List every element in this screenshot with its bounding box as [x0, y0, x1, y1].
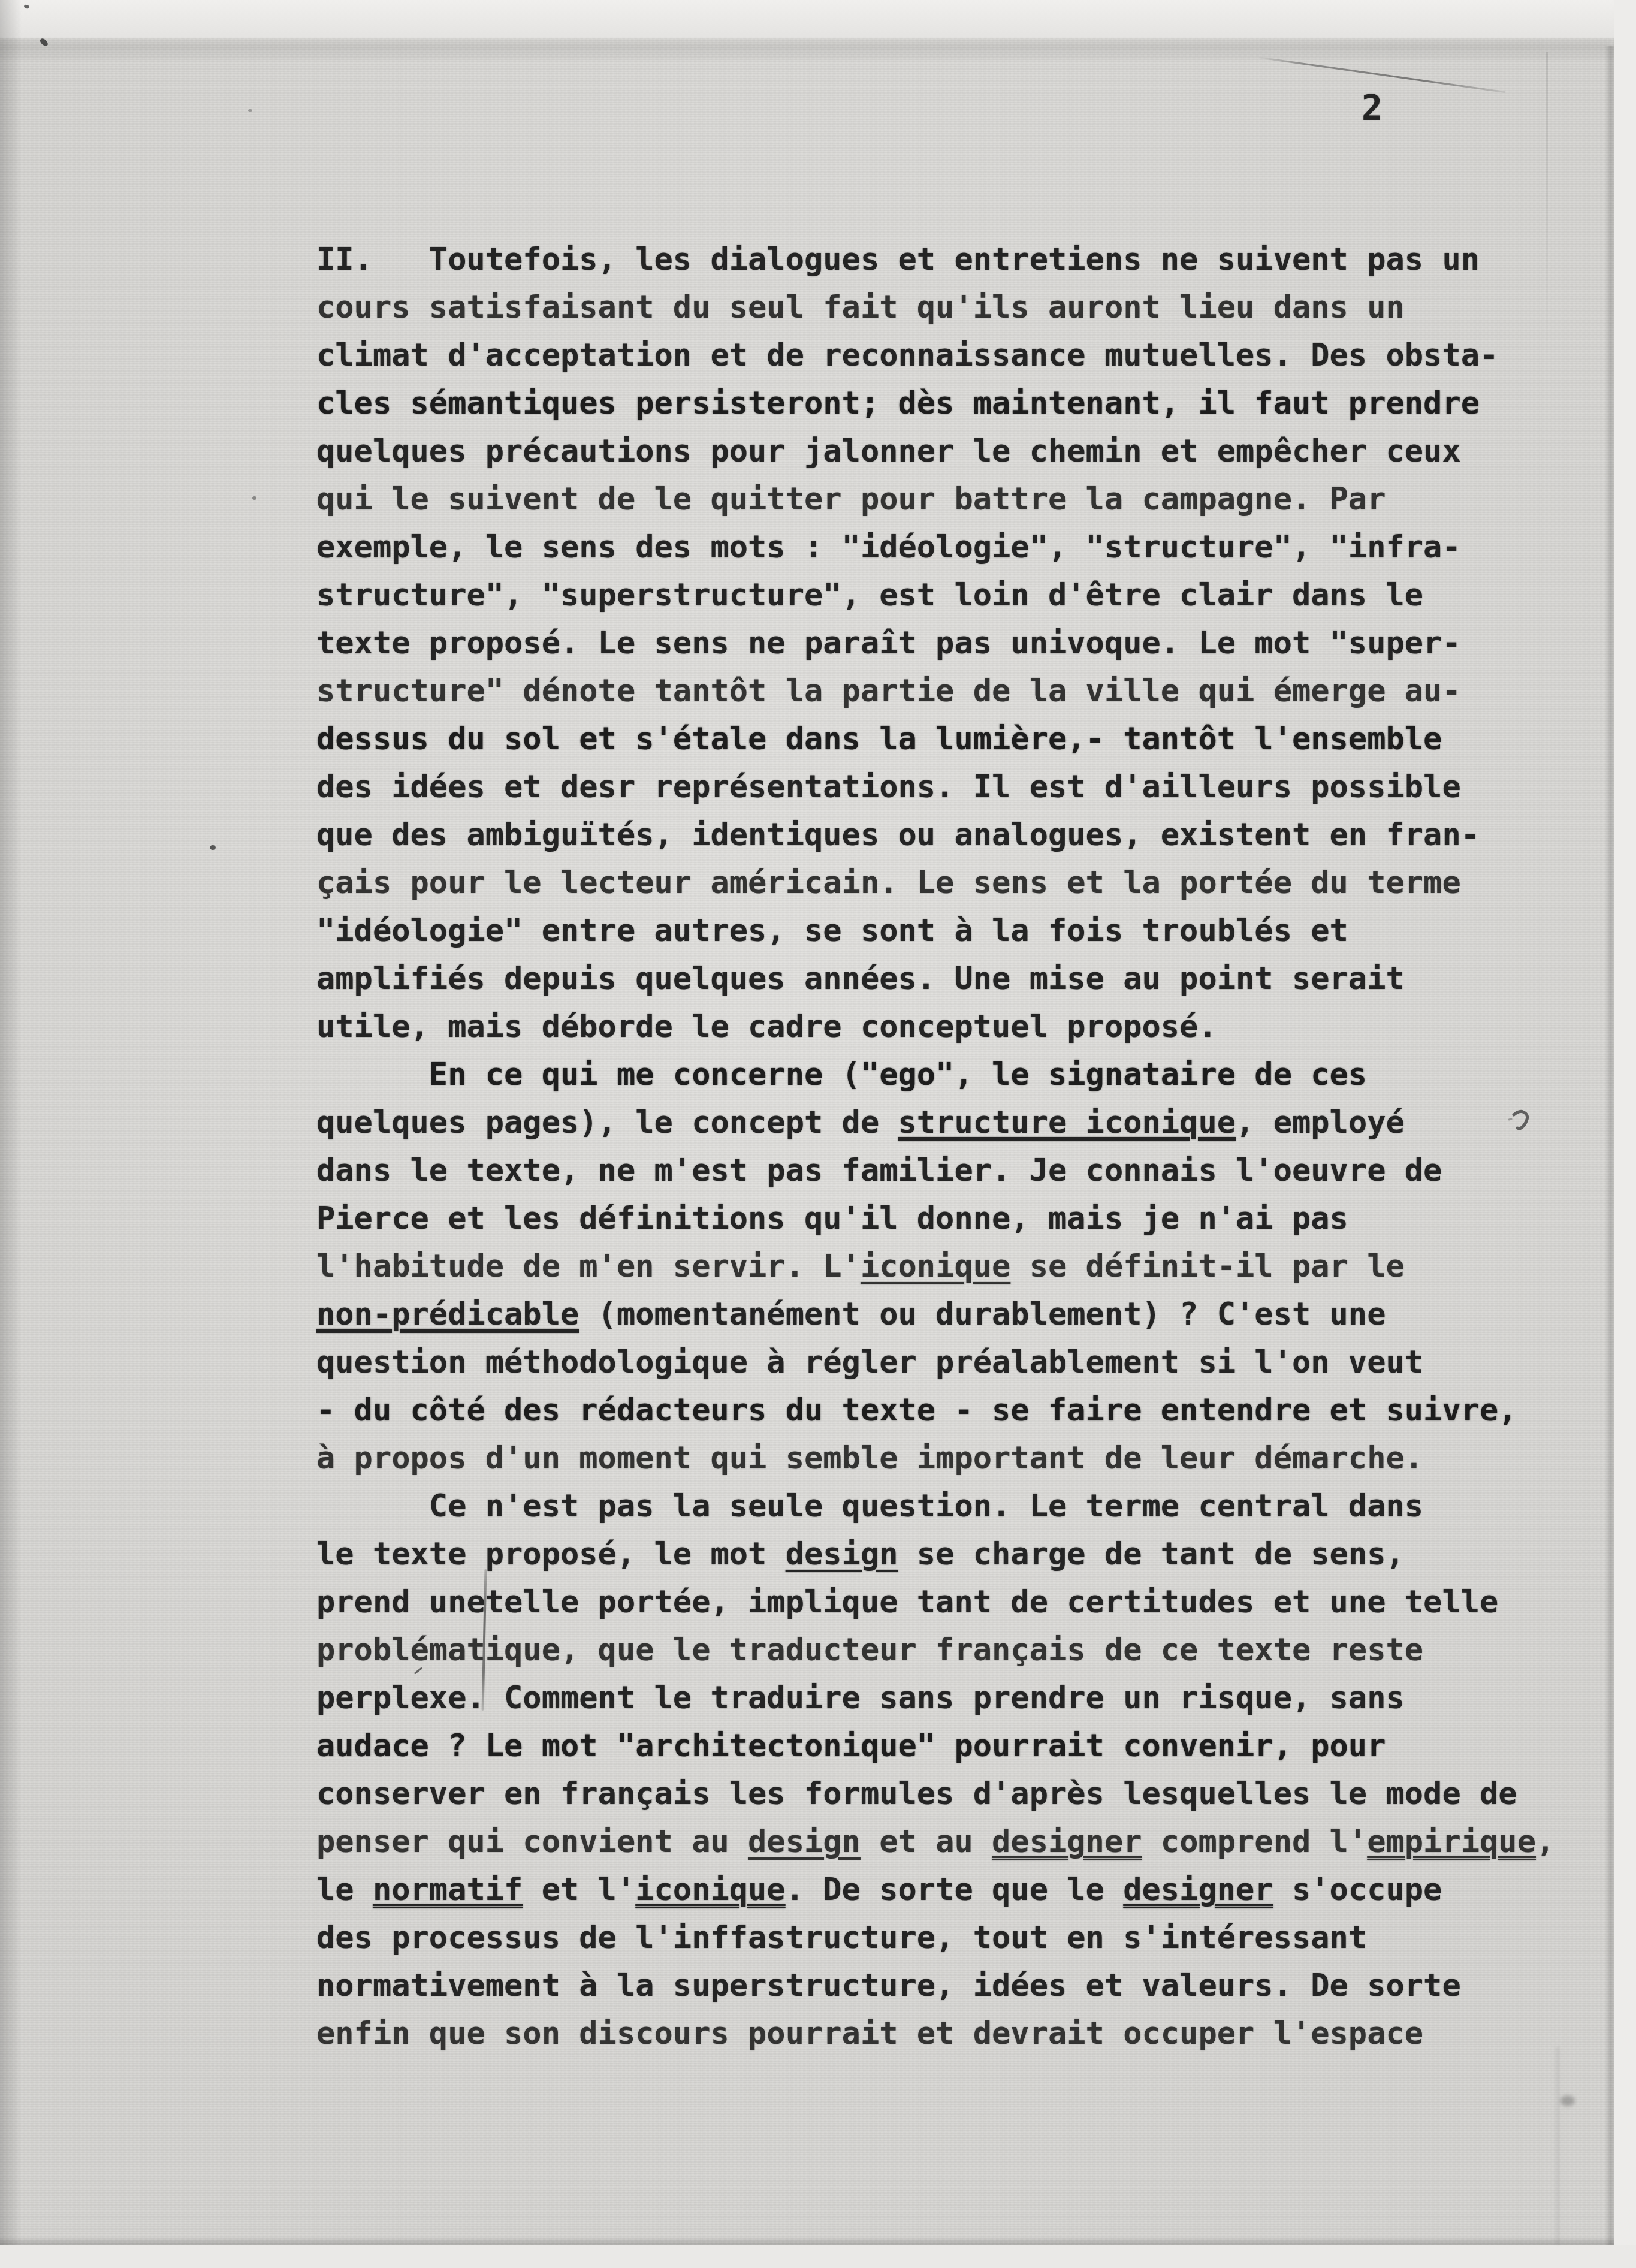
text-line: exemple, le sens des mots : "idéologie",… [316, 523, 1554, 571]
text-line: des idées et desr représentations. Il es… [316, 763, 1554, 811]
text-run: structure", "superstructure", est loin d… [316, 577, 1423, 613]
text-run: amplifiés depuis quelques années. Une mi… [316, 961, 1405, 997]
text-run: dessus du sol et s'étale dans la lumière… [316, 721, 1442, 757]
text-run: que des ambiguïtés, identiques ou analog… [316, 817, 1480, 853]
text-run: dans le texte, ne m'est pas familier. Je… [316, 1153, 1442, 1189]
text-line: "idéologie" entre autres, se sont à la f… [316, 907, 1554, 955]
text-line: cours satisfaisant du seul fait qu'ils a… [316, 283, 1554, 331]
text-run: et au [861, 1824, 992, 1860]
text-line: des processus de l'inffastructure, tout … [316, 1914, 1554, 1962]
text-line: Ce n'est pas la seule question. Le terme… [316, 1482, 1554, 1530]
paper-top-edge [0, 0, 1636, 38]
page-number: 2 [1362, 88, 1383, 128]
text-line: normativement à la superstructure, idées… [316, 1962, 1554, 2010]
text-line: dans le texte, ne m'est pas familier. Je… [316, 1147, 1554, 1195]
text-run: et l' [523, 1872, 635, 1908]
text-line: l'habitude de m'en servir. L'iconique se… [316, 1242, 1554, 1290]
text-line: climat d'acceptation et de reconnaissanc… [316, 331, 1554, 379]
text-run: texte proposé. Le sens ne paraît pas uni… [316, 625, 1461, 661]
margin-pencil-mark-icon [1503, 1102, 1545, 1144]
text-run: conserver en français les formules d'apr… [316, 1776, 1517, 1812]
text-run: qui le suivent de le quitter pour battre… [316, 481, 1386, 517]
text-run: se charge de tant de sens, [898, 1536, 1405, 1572]
scanned-page: 2 II. Toutefois, les dialogues et entret… [0, 0, 1636, 2268]
text-line: çais pour le lecteur américain. Le sens … [316, 859, 1554, 907]
scan-speck [252, 496, 256, 500]
text-line: prend unetelle portée, implique tant de … [316, 1578, 1554, 1626]
text-line: En ce qui me concerne ("ego", le signata… [316, 1051, 1554, 1099]
text-run: utile, mais déborde le cadre conceptuel … [316, 1009, 1217, 1045]
text-run: Pierce et les définitions qu'il donne, m… [316, 1201, 1348, 1236]
text-run: des idées et desr représentations. Il es… [316, 769, 1461, 805]
text-run: question méthodologique à régler préalab… [316, 1344, 1423, 1380]
text-run: quelques précautions pour jalonner le ch… [316, 433, 1461, 469]
text-line: question méthodologique à régler préalab… [316, 1338, 1554, 1386]
text-line: II. Toutefois, les dialogues et entretie… [316, 236, 1554, 283]
text-run: cours satisfaisant du seul fait qu'ils a… [316, 289, 1405, 325]
paper-left-edge-shadow [0, 0, 22, 2268]
text-run: (momentanément ou durablement) ? C'est u… [579, 1296, 1386, 1332]
text-run: audace ? Le mot "architectonique" pourra… [316, 1728, 1386, 1764]
text-run: , [1536, 1824, 1554, 1860]
text-run: , employé [1236, 1105, 1405, 1141]
text-run: enfin que son discours pourrait et devra… [316, 2016, 1423, 2052]
underlined-term: designer [992, 1824, 1142, 1860]
scan-speck [210, 845, 216, 850]
text-run: des processus de l'inffastructure, tout … [316, 1920, 1367, 1956]
text-run: normativement à la superstructure, idées… [316, 1968, 1461, 2004]
scan-speck [248, 109, 252, 112]
text-run: se définit-il par le [1010, 1248, 1404, 1284]
text-run: s'occupe [1273, 1872, 1442, 1908]
text-run: perplexe. Comment le traduire sans prend… [316, 1680, 1405, 1716]
text-line: le normatif et l'iconique. De sorte que … [316, 1866, 1554, 1914]
text-line: qui le suivent de le quitter pour battre… [316, 475, 1554, 523]
text-run: prend unetelle portée, implique tant de … [316, 1584, 1498, 1620]
text-line: dessus du sol et s'étale dans la lumière… [316, 715, 1554, 763]
text-line: que des ambiguïtés, identiques ou analog… [316, 811, 1554, 859]
text-run: "idéologie" entre autres, se sont à la f… [316, 913, 1348, 949]
underlined-term: non-prédicable [316, 1296, 579, 1332]
text-line: Pierce et les définitions qu'il donne, m… [316, 1195, 1554, 1242]
text-run: . De sorte que le [786, 1872, 1124, 1908]
text-line: utile, mais déborde le cadre conceptuel … [316, 1003, 1554, 1051]
text-run: le texte proposé, le mot [316, 1536, 786, 1572]
paper-crease [1556, 2047, 1560, 2245]
text-run: le [316, 1872, 373, 1908]
underlined-term: design [748, 1824, 861, 1860]
paper-right-margin [1614, 0, 1636, 2268]
underlined-term: iconique [635, 1872, 785, 1908]
paper-bottom-edge-shadow [0, 2237, 1614, 2245]
scan-smudge [1560, 2095, 1575, 2106]
underlined-term: iconique [861, 1248, 1010, 1284]
underlined-term: normatif [373, 1872, 523, 1908]
text-run: cles sémantiques persisteront; dès maint… [316, 385, 1480, 421]
text-run: II. Toutefois, les dialogues et entretie… [316, 242, 1480, 278]
text-line: audace ? Le mot "architectonique" pourra… [316, 1722, 1554, 1770]
text-line: penser qui convient au design et au desi… [316, 1818, 1554, 1866]
text-run: comprend l' [1142, 1824, 1368, 1860]
text-run: - du côté des rédacteurs du texte - se f… [316, 1392, 1517, 1428]
text-run: penser qui convient au [316, 1824, 748, 1860]
text-line: à propos d'un moment qui semble importan… [316, 1434, 1554, 1482]
text-run: l'habitude de m'en servir. L' [316, 1248, 861, 1284]
text-line: quelques précautions pour jalonner le ch… [316, 427, 1554, 475]
text-line: - du côté des rédacteurs du texte - se f… [316, 1386, 1554, 1434]
text-run: à propos d'un moment qui semble importan… [316, 1440, 1423, 1476]
text-line: problématique, que le traducteur françai… [316, 1626, 1554, 1674]
text-line: texte proposé. Le sens ne paraît pas uni… [316, 619, 1554, 667]
paper-right-edge-shadow [1605, 46, 1614, 2246]
text-line: quelques pages), le concept de structure… [316, 1099, 1554, 1147]
underlined-term: structure iconique [898, 1105, 1236, 1141]
text-run: structure" dénote tantôt la partie de la… [316, 673, 1461, 709]
text-line: amplifiés depuis quelques années. Une mi… [316, 955, 1554, 1003]
text-run: exemple, le sens des mots : "idéologie",… [316, 529, 1461, 565]
text-line: conserver en français les formules d'apr… [316, 1770, 1554, 1818]
text-line: structure", "superstructure", est loin d… [316, 571, 1554, 619]
text-line: non-prédicable (momentanément ou durable… [316, 1290, 1554, 1338]
underlined-term: design [786, 1536, 898, 1572]
text-line: le texte proposé, le mot design se charg… [316, 1530, 1554, 1578]
text-run: climat d'acceptation et de reconnaissanc… [316, 337, 1498, 373]
text-line: enfin que son discours pourrait et devra… [316, 2010, 1554, 2058]
text-line: structure" dénote tantôt la partie de la… [316, 667, 1554, 715]
text-run: quelques pages), le concept de [316, 1105, 898, 1141]
typewritten-text: II. Toutefois, les dialogues et entretie… [316, 236, 1554, 2058]
text-run: En ce qui me concerne ("ego", le signata… [316, 1057, 1367, 1093]
top-fold-shadow [0, 36, 1636, 62]
text-line: perplexe. Comment le traduire sans prend… [316, 1674, 1554, 1722]
underlined-term: empirique [1367, 1824, 1536, 1860]
underlined-term: designer [1123, 1872, 1273, 1908]
text-run: Ce n'est pas la seule question. Le terme… [316, 1488, 1423, 1524]
text-run: çais pour le lecteur américain. Le sens … [316, 865, 1461, 901]
text-line: cles sémantiques persisteront; dès maint… [316, 379, 1554, 427]
paper-bottom-margin [0, 2245, 1636, 2268]
